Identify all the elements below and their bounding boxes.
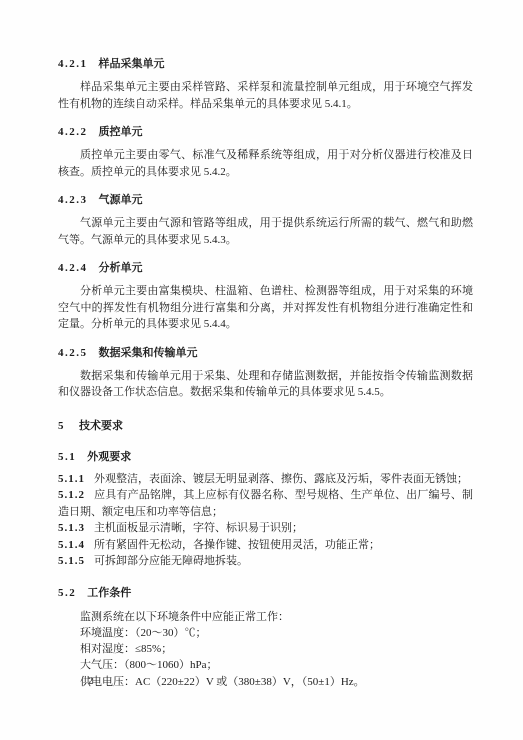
section-heading-5-2: 5.2工作条件 — [58, 585, 473, 601]
clause-number: 4.2.3 — [58, 194, 88, 206]
clause-title: 质控单元 — [99, 126, 143, 138]
condition-intro-line: 监测系统在以下环境条件中应能正常工作： — [58, 609, 473, 625]
clause-heading-4-2-2: 4.2.2质控单元 — [58, 124, 473, 140]
item-text: 所有紧固件无松动，各操作键、按钮使用灵活，功能正常； — [94, 539, 380, 551]
condition-voltage-line: 供电电压：AC（220±22）V 或（380±38）V，（50±1）Hz。 — [58, 674, 473, 690]
item-number: 5.1.1 — [58, 473, 85, 485]
requirement-item-5-1-1: 5.1.1外观整洁，表面涂、镀层无明显剥落、擦伤、露底及污垢，零件表面无锈蚀； — [58, 471, 473, 488]
item-text: 外观整洁，表面涂、镀层无明显剥落、擦伤、露底及污垢，零件表面无锈蚀； — [94, 473, 468, 485]
requirement-item-5-1-3: 5.1.3主机面板显示清晰，字符、标识易于识别； — [58, 520, 473, 537]
section-heading-5-1: 5.1外观要求 — [58, 449, 473, 465]
item-number: 5.1.5 — [58, 555, 85, 567]
condition-temperature-line: 环境温度：（20～30）℃； — [58, 625, 473, 641]
clause-heading-4-2-1: 4.2.1样品采集单元 — [58, 56, 473, 72]
clause-title: 分析单元 — [99, 262, 143, 274]
document-page: 4.2.1样品采集单元 样品采集单元主要由采样管路、采样泵和流量控制单元组成，用… — [0, 0, 523, 740]
clause-paragraph-4-2-2: 质控单元主要由零气、标准气及稀释系统等组成，用于对分析仪器进行校准及日核查。质控… — [58, 147, 473, 180]
clause-number: 4.2.1 — [58, 58, 88, 70]
item-number: 5.1.2 — [58, 489, 85, 501]
item-number: 5.1.4 — [58, 539, 85, 551]
chapter-heading-5: 5技术要求 — [58, 418, 473, 434]
item-text: 应具有产品铭牌，其上应标有仪器名称、型号规格、生产单位、出厂编号、制造日期、额定… — [58, 489, 473, 518]
item-text: 可拆卸部分应能无障碍地拆装。 — [94, 555, 248, 567]
section-number: 5.1 — [58, 451, 76, 463]
clause-paragraph-4-2-3: 气源单元主要由气源和管路等组成，用于提供系统运行所需的载气、燃气和助燃气等。气源… — [58, 215, 473, 248]
chapter-number: 5 — [58, 420, 65, 432]
requirement-item-5-1-2: 5.1.2应具有产品铭牌，其上应标有仪器名称、型号规格、生产单位、出厂编号、制造… — [58, 487, 473, 520]
condition-humidity-line: 相对湿度：≤85%； — [58, 641, 473, 657]
working-condition-list: 监测系统在以下环境条件中应能正常工作： 环境温度：（20～30）℃； 相对湿度：… — [58, 609, 473, 690]
clause-paragraph-4-2-1: 样品采集单元主要由采样管路、采样泵和流量控制单元组成，用于环境空气挥发性有机物的… — [58, 79, 473, 112]
appearance-requirement-list: 5.1.1外观整洁，表面涂、镀层无明显剥落、擦伤、露底及污垢，零件表面无锈蚀； … — [58, 471, 473, 570]
section-number: 5.2 — [58, 587, 76, 599]
clause-paragraph-4-2-5: 数据采集和传输单元用于采集、处理和存储监测数据，并能按指令传输监测数据和仪器设备… — [58, 368, 473, 401]
item-text: 主机面板显示清晰，字符、标识易于识别； — [94, 522, 303, 534]
requirement-item-5-1-4: 5.1.4所有紧固件无松动，各操作键、按钮使用灵活，功能正常； — [58, 537, 473, 554]
clause-paragraph-4-2-4: 分析单元主要由富集模块、柱温箱、色谱柱、检测器等组成，用于对采集的环境空气中的挥… — [58, 283, 473, 333]
clause-number: 4.2.5 — [58, 347, 88, 359]
page-number: 2 — [88, 676, 93, 687]
condition-pressure-line: 大气压：（800～1060）hPa； — [58, 657, 473, 673]
item-number: 5.1.3 — [58, 522, 85, 534]
clause-title: 样品采集单元 — [99, 58, 165, 70]
clause-number: 4.2.2 — [58, 126, 88, 138]
clause-title: 气源单元 — [99, 194, 143, 206]
section-title: 工作条件 — [87, 587, 131, 599]
clause-number: 4.2.4 — [58, 262, 88, 274]
clause-heading-4-2-5: 4.2.5数据采集和传输单元 — [58, 345, 473, 361]
chapter-title: 技术要求 — [79, 420, 123, 432]
requirement-item-5-1-5: 5.1.5可拆卸部分应能无障碍地拆装。 — [58, 553, 473, 570]
clause-heading-4-2-4: 4.2.4分析单元 — [58, 260, 473, 276]
clause-heading-4-2-3: 4.2.3气源单元 — [58, 192, 473, 208]
section-title: 外观要求 — [87, 451, 131, 463]
clause-title: 数据采集和传输单元 — [99, 347, 198, 359]
